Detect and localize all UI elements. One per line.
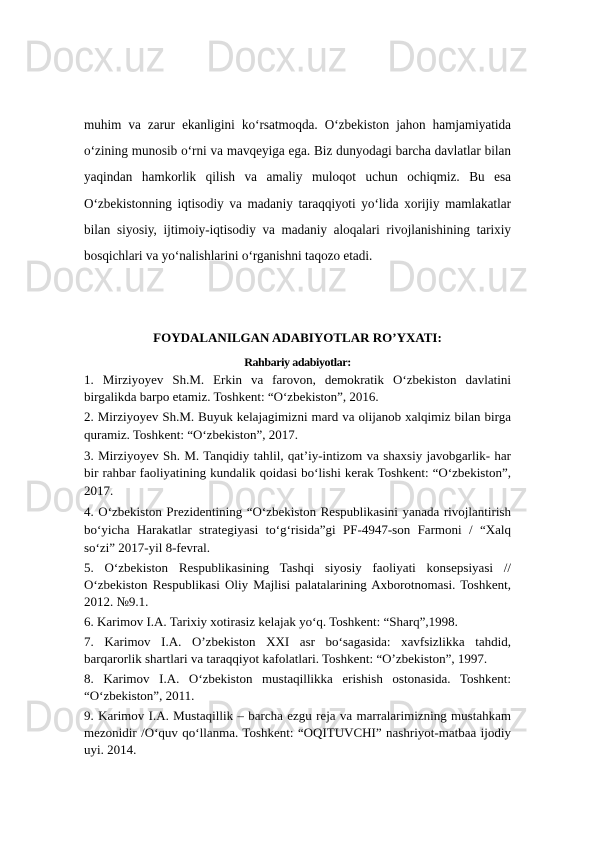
watermark-text: Docx.uz xyxy=(24,38,165,76)
references-title: FOYDALANILGAN ADABIYOTLAR RO’YXATI: xyxy=(84,330,511,346)
reference-list: 1. Mirziyoyev Sh.M. Erkin va farovon, de… xyxy=(84,371,511,761)
reference-item: 2. Mirziyoyev Sh.M. Buyuk kelajagimizni … xyxy=(84,408,511,444)
reference-item: 6. Karimov I.A. Tarixiy xotirasiz kelaja… xyxy=(84,613,511,630)
reference-item: 3. Mirziyoyev Sh. M. Tanqidiy tahlil, qa… xyxy=(84,447,511,500)
references-subtitle: Rahbariy adabiyotlar: xyxy=(84,355,511,370)
watermark-row: Docx.uz Docx.uz Docx.uz xyxy=(0,38,595,72)
reference-item: 7. Karimov I.A. O’zbekiston XXI asr bo‘s… xyxy=(84,633,511,667)
watermark-text: Docx.uz xyxy=(206,38,347,76)
reference-item: 8. Karimov I.A. O‘zbekiston mustaqillikk… xyxy=(84,670,511,704)
reference-item: 5. O‘zbekiston Respublikasining Tashqi s… xyxy=(84,559,511,610)
document-body: muhim va zarur ekanligini koʻrsatmoqda. … xyxy=(84,112,511,269)
watermark-text: Docx.uz xyxy=(387,38,528,76)
reference-item: 4. O‘zbekiston Prezidentining “O‘zbekist… xyxy=(84,503,511,556)
reference-item: 1. Mirziyoyev Sh.M. Erkin va farovon, de… xyxy=(84,371,511,405)
reference-item: 9. Karimov I.A. Mustaqillik – barcha ezg… xyxy=(84,707,511,758)
body-paragraph: muhim va zarur ekanligini koʻrsatmoqda. … xyxy=(84,112,511,269)
